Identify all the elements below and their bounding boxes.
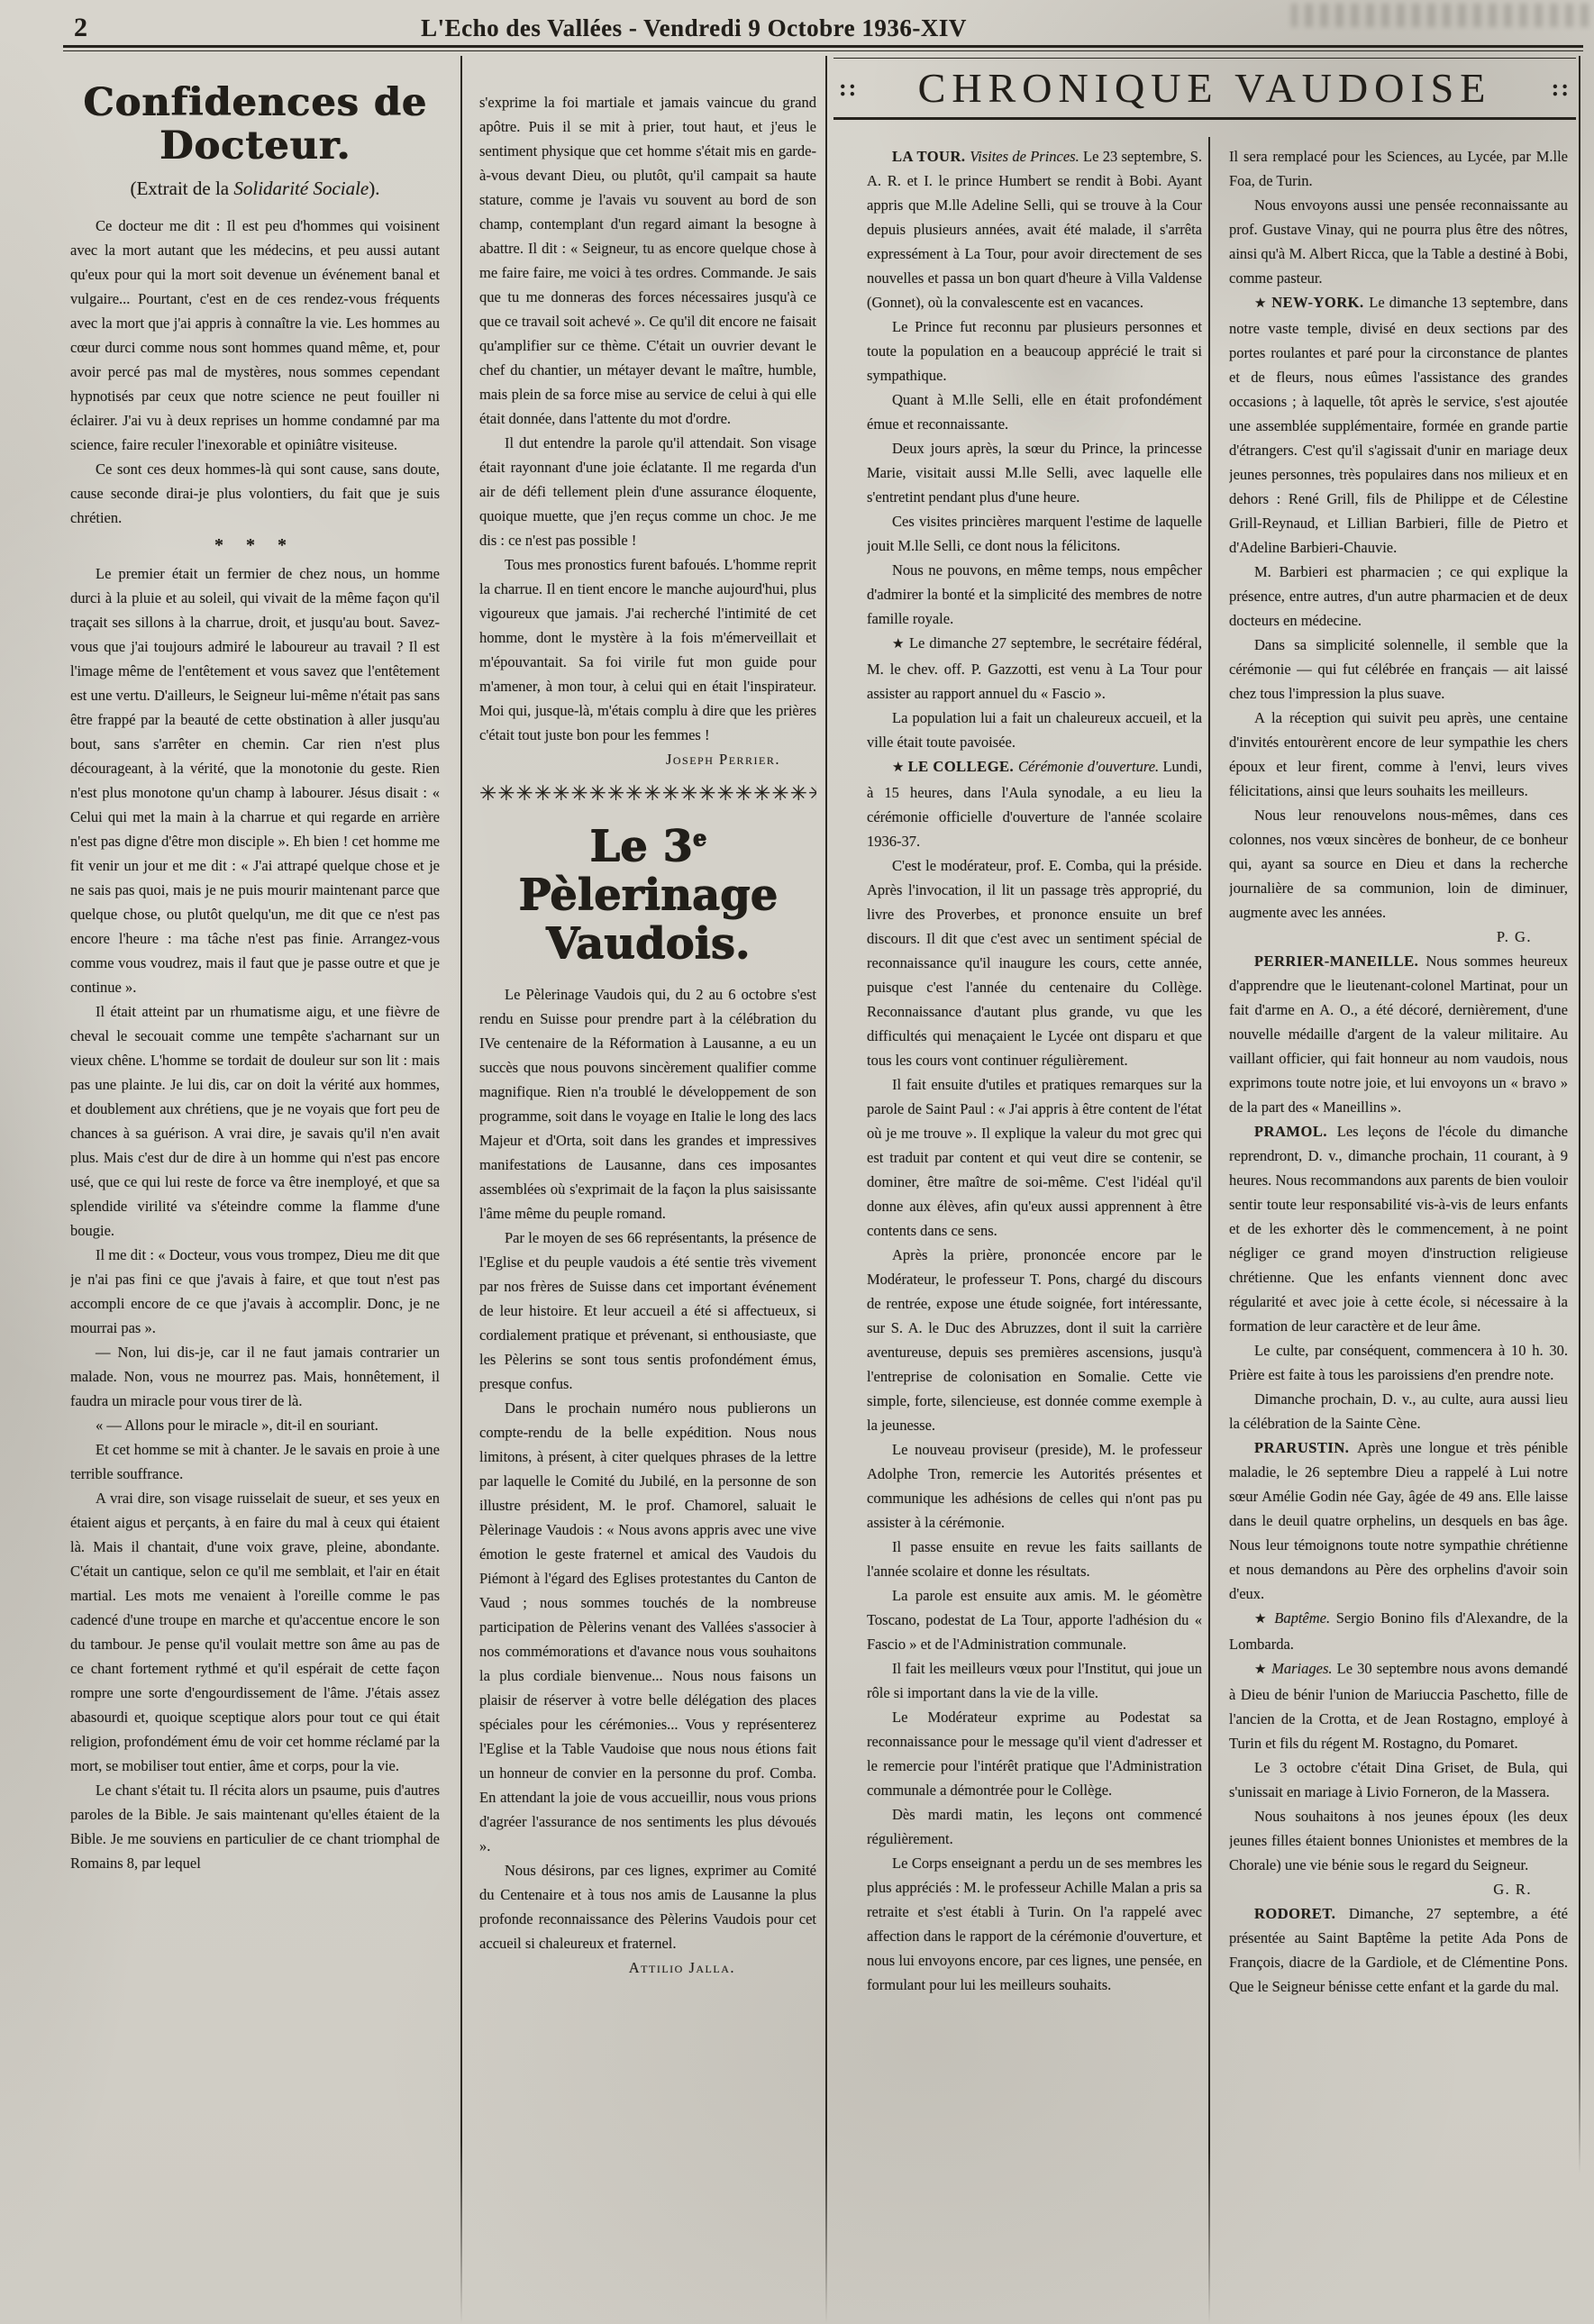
- section-lead: NEW-YORK.: [1271, 294, 1369, 311]
- print-bleed-artifact: [1291, 4, 1589, 27]
- chronique-body-right: Il sera remplacé pour les Sciences, au L…: [1229, 144, 1568, 1999]
- paragraph: Dans sa simplicité solennelle, il semble…: [1229, 633, 1568, 706]
- paragraph: Le Modérateur exprime au Podestat sa rec…: [867, 1705, 1202, 1802]
- section-paragraph: ★ NEW-YORK. Le dimanche 13 septembre, da…: [1229, 290, 1568, 560]
- section-lead: LA TOUR.: [892, 148, 970, 165]
- header-rule-thick: [63, 45, 1583, 48]
- paragraph: Et cet homme se mit à chanter. Je le sav…: [70, 1437, 440, 1486]
- signature: Joseph Perrier.: [479, 747, 816, 771]
- chronique-deco-right: ::: [1552, 75, 1571, 102]
- chronique-body-left: LA TOUR. Visites de Princes. Le 23 septe…: [867, 144, 1202, 1997]
- italic-lead: Visites de Princes.: [970, 148, 1083, 165]
- paragraph: C'est le modérateur, prof. E. Comba, qui…: [867, 853, 1202, 1072]
- italic-lead: Mariages.: [1271, 1660, 1336, 1677]
- section-paragraph: PERRIER-MANEILLE. Nous sommes heureux d'…: [1229, 949, 1568, 1119]
- section-paragraph: PRAMOL. Les leçons de l'école du dimanch…: [1229, 1119, 1568, 1338]
- paragraph: Nous désirons, par ces lignes, exprimer …: [479, 1858, 816, 1955]
- chronique-rule-bottom: [833, 117, 1576, 120]
- signature: G. R.: [1229, 1877, 1568, 1901]
- column-rule-1-2: [460, 56, 462, 2324]
- chronique-rule-top: [833, 58, 1576, 59]
- paragraph: Dimanche prochain, D. v., au culte, aura…: [1229, 1387, 1568, 1435]
- column-2: s'exprime la foi martiale et jamais vain…: [479, 90, 816, 2324]
- section-lead: RODORET.: [1254, 1905, 1349, 1922]
- section-lead: PERRIER-MANEILLE.: [1254, 952, 1425, 970]
- paragraph: Par le moyen de ses 66 représentants, la…: [479, 1226, 816, 1396]
- paragraph: Il dut entendre la parole qu'il attendai…: [479, 431, 816, 552]
- paragraph: A vrai dire, son visage ruisselait de su…: [70, 1486, 440, 1778]
- paragraph: Le culte, par conséquent, commencera à 1…: [1229, 1338, 1568, 1387]
- italic-lead: Baptême.: [1274, 1609, 1336, 1627]
- star-icon: ★: [1254, 1663, 1271, 1677]
- subhead-italic: Solidarité Sociale: [233, 178, 369, 199]
- headline-superscript: e: [693, 825, 706, 851]
- paragraph: Il me dit : « Docteur, vous vous trompez…: [70, 1243, 440, 1340]
- paragraph: Le Prince fut reconnu par plusieurs pers…: [867, 314, 1202, 387]
- chronique-title: CHRONIQUE VAUDOISE: [918, 64, 1492, 112]
- paragraph: Le 3 octobre c'était Dina Griset, de Bul…: [1229, 1755, 1568, 1804]
- column-1: Confidences de Docteur. (Extrait de la S…: [70, 79, 440, 2317]
- paragraph: Nous envoyons aussi une pensée reconnais…: [1229, 193, 1568, 290]
- paragraph: Il sera remplacé pour les Sciences, au L…: [1229, 144, 1568, 193]
- subhead-text-end: ).: [369, 178, 379, 199]
- paragraph: ★ Baptême. Sergio Bonino fils d'Alexandr…: [1229, 1606, 1568, 1656]
- paragraph: Ce docteur me dit : Il est peu d'hommes …: [70, 214, 440, 457]
- paragraph: Ces visites princières marquent l'estime…: [867, 509, 1202, 558]
- article1-continuation: s'exprime la foi martiale et jamais vain…: [479, 90, 816, 771]
- paragraph: Le Pèlerinage Vaudois qui, du 2 au 6 oct…: [479, 982, 816, 1226]
- article2-body: Le Pèlerinage Vaudois qui, du 2 au 6 oct…: [479, 982, 816, 1980]
- asterisk-separator: * * *: [70, 533, 440, 558]
- paragraph: Ce sont ces deux hommes-là qui sont caus…: [70, 457, 440, 530]
- article1-body-bottom: Le premier était un fermier de chez nous…: [70, 561, 440, 1875]
- page-number: 2: [74, 13, 87, 43]
- article1-subhead: (Extrait de la Solidarité Sociale).: [70, 177, 440, 201]
- paragraph: Quant à M.lle Selli, elle en était profo…: [867, 387, 1202, 436]
- star-icon: ★: [1254, 1612, 1274, 1627]
- section-paragraph: RODORET. Dimanche, 27 septembre, a été p…: [1229, 1901, 1568, 1999]
- article1-headline: Confidences de Docteur.: [70, 81, 440, 168]
- paragraph: Le nouveau proviseur (preside), M. le pr…: [867, 1437, 1202, 1535]
- column-3: LA TOUR. Visites de Princes. Le 23 septe…: [867, 144, 1202, 2324]
- paragraph: Deux jours après, la sœur du Prince, la …: [867, 436, 1202, 509]
- article2-headline: Le 3e Pèlerinage Vaudois.: [479, 814, 816, 968]
- italic-lead: Cérémonie d'ouverture.: [1018, 758, 1162, 775]
- paragraph: Tous mes pronostics furent bafoués. L'ho…: [479, 552, 816, 747]
- chronique-header: :: CHRONIQUE VAUDOISE ::: [833, 58, 1576, 120]
- paragraph: Nous souhaitons à nos jeunes époux (les …: [1229, 1804, 1568, 1877]
- paragraph: Le Corps enseignant a perdu un de ses me…: [867, 1851, 1202, 1997]
- paragraph: La population lui a fait un chaleureux a…: [867, 706, 1202, 754]
- signature: P. G.: [1229, 925, 1568, 949]
- chronique-deco-left: ::: [839, 75, 858, 102]
- ornament-divider: ✳✳✳✳✳✳✳✳✳✳✳✳✳✳✳✳✳✳✳✳✳✳: [479, 782, 816, 807]
- paragraph: ★ Mariages. Le 30 septembre nous avons d…: [1229, 1656, 1568, 1755]
- star-icon: ★: [892, 637, 909, 652]
- paragraph: Nous leur renouvelons nous-mêmes, dans c…: [1229, 803, 1568, 925]
- headline-text-end: Pèlerinage Vaudois.: [518, 870, 778, 969]
- section-paragraph: LA TOUR. Visites de Princes. Le 23 septe…: [867, 144, 1202, 314]
- paragraph: s'exprime la foi martiale et jamais vain…: [479, 90, 816, 431]
- paragraph: Il fait les meilleurs vœux pour l'Instit…: [867, 1656, 1202, 1705]
- page-edge-rule: [1579, 56, 1580, 2174]
- subhead-text: (Extrait de la: [130, 178, 233, 199]
- headline-text: Le 3: [589, 821, 692, 871]
- article1-body-top: Ce docteur me dit : Il est peu d'hommes …: [70, 214, 440, 530]
- paragraph: Il fait ensuite d'utiles et pratiques re…: [867, 1072, 1202, 1243]
- paragraph: Il passe ensuite en revue les faits sail…: [867, 1535, 1202, 1583]
- signature: Attilio Jalla.: [479, 1955, 816, 1980]
- star-icon: ★: [1254, 296, 1271, 311]
- column-rule-2-3: [825, 56, 827, 2324]
- paragraph: « — Allons pour le miracle », dit-il en …: [70, 1413, 440, 1437]
- paragraph: A la réception qui suivit peu après, une…: [1229, 706, 1568, 803]
- star-icon: ★: [892, 761, 908, 775]
- newspaper-page: 2 L'Echo des Vallées - Vendredi 9 Octobr…: [0, 0, 1594, 2324]
- section-paragraph: ★ LE COLLEGE. Cérémonie d'ouverture. Lun…: [867, 754, 1202, 853]
- column-4: Il sera remplacé pour les Sciences, au L…: [1229, 144, 1568, 2324]
- header-rule-thin: [63, 50, 1583, 51]
- column-rule-3-4: [1208, 137, 1210, 2324]
- paragraph: — Non, lui dis-je, car il ne faut jamais…: [70, 1340, 440, 1413]
- masthead-title: L'Echo des Vallées - Vendredi 9 Octobre …: [360, 14, 1027, 42]
- section-paragraph: PRARUSTIN. Après une longue et très péni…: [1229, 1435, 1568, 1606]
- paragraph: Il était atteint par un rhumatisme aigu,…: [70, 999, 440, 1243]
- paragraph: Le premier était un fermier de chez nous…: [70, 561, 440, 999]
- paragraph: M. Barbieri est pharmacien ; ce qui expl…: [1229, 560, 1568, 633]
- paragraph: La parole est ensuite aux amis. M. le gé…: [867, 1583, 1202, 1656]
- paragraph: Nous ne pouvons, en même temps, nous emp…: [867, 558, 1202, 631]
- paragraph: Après la prière, prononcée encore par le…: [867, 1243, 1202, 1437]
- paragraph: Dans le prochain numéro nous publierons …: [479, 1396, 816, 1858]
- section-lead: PRARUSTIN.: [1254, 1439, 1357, 1456]
- paragraph: Dès mardi matin, les leçons ont commencé…: [867, 1802, 1202, 1851]
- paragraph: Le chant s'était tu. Il récita alors un …: [70, 1778, 440, 1875]
- paragraph: ★ Le dimanche 27 septembre, le secrétair…: [867, 631, 1202, 706]
- section-lead: PRAMOL.: [1254, 1123, 1337, 1140]
- section-lead: LE COLLEGE.: [908, 758, 1018, 775]
